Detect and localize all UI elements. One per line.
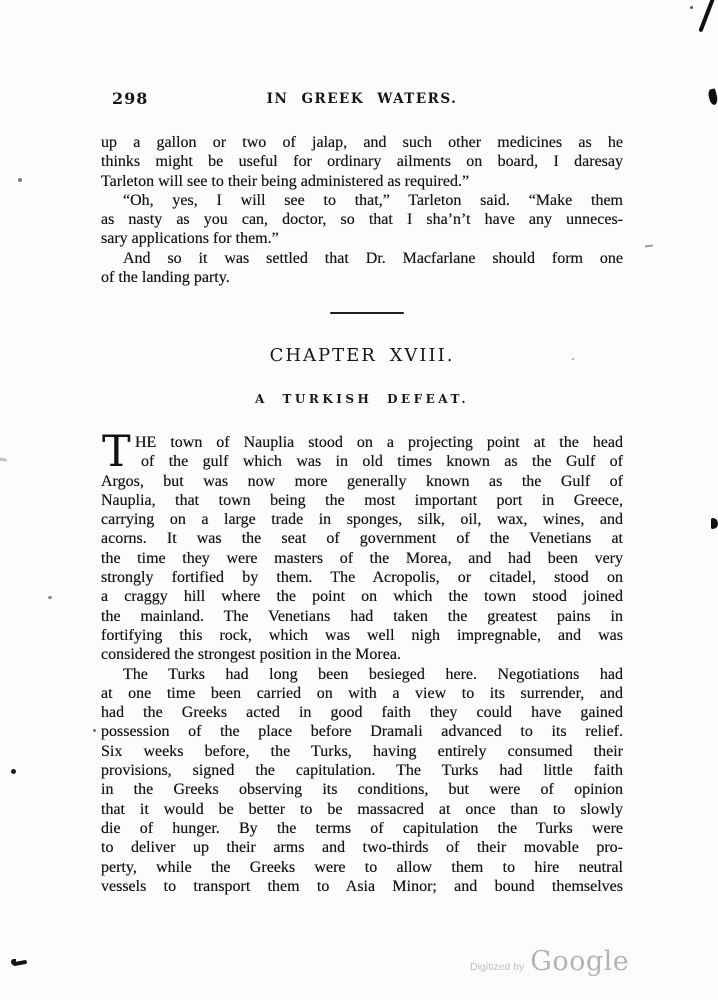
- chapter-text-block: THE town of Nauplia stood on a projectin…: [101, 433, 623, 896]
- running-title: IN GREEK WATERS.: [101, 91, 623, 107]
- text-line: acorns. It was the seat of government of…: [101, 529, 623, 548]
- text-line: the mainland. The Venetians had taken th…: [101, 607, 623, 626]
- text-line: considered the strongest position in the…: [101, 645, 623, 664]
- text-line: “Oh, yes, I will see to that,” Tarleton …: [101, 191, 623, 210]
- ink-speck-left-upper: [18, 178, 22, 182]
- ink-blob-right-edge: [707, 88, 718, 105]
- paragraph: up a gallon or two of jalap, and such ot…: [101, 133, 623, 191]
- text-line: Tarleton will see to their being adminis…: [101, 172, 623, 191]
- ink-speck-left-lower: [11, 769, 16, 774]
- text-line: possession of the place before Dramali a…: [101, 722, 623, 741]
- text-line: vessels to transport them to Asia Minor;…: [101, 877, 623, 896]
- paragraph: The Turks had long been besieged here. N…: [101, 665, 623, 897]
- section-divider-rule: [330, 312, 404, 314]
- ink-speck-left-mid: [48, 596, 52, 599]
- text-line: as nasty as you can, doctor, so that I s…: [101, 210, 623, 229]
- text-line: die of hunger. By the terms of capitulat…: [101, 819, 623, 838]
- text-line: Argos, but was now more generally known …: [101, 472, 623, 491]
- paragraph: “Oh, yes, I will see to that,” Tarleton …: [101, 191, 623, 249]
- text-line: Nauplia, that town being the most import…: [101, 491, 623, 510]
- text-line: a craggy hill where the point on which t…: [101, 587, 623, 606]
- ink-blob-right-margin: [711, 518, 718, 529]
- text-line: strongly fortified by them. The Acropoli…: [101, 568, 623, 587]
- text-line: fortifying this rock, which was well nig…: [101, 626, 623, 645]
- chapter-subheading: A TURKISH DEFEAT.: [101, 392, 623, 406]
- google-logo: Google: [530, 946, 629, 977]
- text-line: And so it was settled that Dr. Macfarlan…: [101, 249, 623, 268]
- text-line: had the Greeks acted in good faith they …: [101, 703, 623, 722]
- text-line: that it would be better to be massacred …: [101, 800, 623, 819]
- text-line: provisions, signed the capitulation. The…: [101, 761, 623, 780]
- digitized-by-label: Digitized by: [470, 961, 524, 973]
- text-line: up a gallon or two of jalap, and such ot…: [101, 133, 623, 152]
- text-line: perty, while the Greeks were to allow th…: [101, 858, 623, 877]
- intro-text-block: up a gallon or two of jalap, and such ot…: [101, 133, 623, 287]
- book-page-scan: 298 IN GREEK WATERS. up a gallon or two …: [0, 0, 718, 1000]
- text-line: of the landing party.: [101, 268, 623, 287]
- digitization-watermark: Digitized by Google: [470, 946, 629, 977]
- text-line: The Turks had long been besieged here. N…: [101, 665, 623, 684]
- text-line: of the gulf which was in old times known…: [101, 452, 623, 471]
- ink-speck-dash: [645, 244, 653, 247]
- text-line: Six weeks before, the Turks, having enti…: [101, 742, 623, 761]
- ink-mark-bottom-left-tip: [11, 959, 16, 965]
- ink-smudge-left-edge: [0, 457, 7, 461]
- text-line: thinks might be useful for ordinary ailm…: [101, 152, 623, 171]
- ink-speck-margin-dot: [93, 729, 96, 732]
- ink-stroke-top-right: [698, 0, 715, 32]
- running-header: 298 IN GREEK WATERS.: [101, 89, 623, 111]
- text-line: in the Greeks observing its conditions, …: [101, 780, 623, 799]
- chapter-heading: CHAPTER XVIII.: [101, 345, 623, 366]
- ink-speck-heading: [572, 358, 574, 360]
- text-line: sary applications for them.”: [101, 229, 623, 248]
- text-line: the time they were masters of the Morea,…: [101, 549, 623, 568]
- text-line: HE town of Nauplia stood on a projecting…: [101, 433, 623, 452]
- paragraph: And so it was settled that Dr. Macfarlan…: [101, 249, 623, 288]
- chapter-opening-paragraph: THE town of Nauplia stood on a projectin…: [101, 433, 623, 665]
- drop-cap: T: [102, 433, 131, 471]
- text-line: carrying on a large trade in sponges, si…: [101, 510, 623, 529]
- text-line: at one time been carried on with a view …: [101, 684, 623, 703]
- text-line: to deliver up their arms and two-thirds …: [101, 838, 623, 857]
- ink-speck-top: [690, 6, 693, 9]
